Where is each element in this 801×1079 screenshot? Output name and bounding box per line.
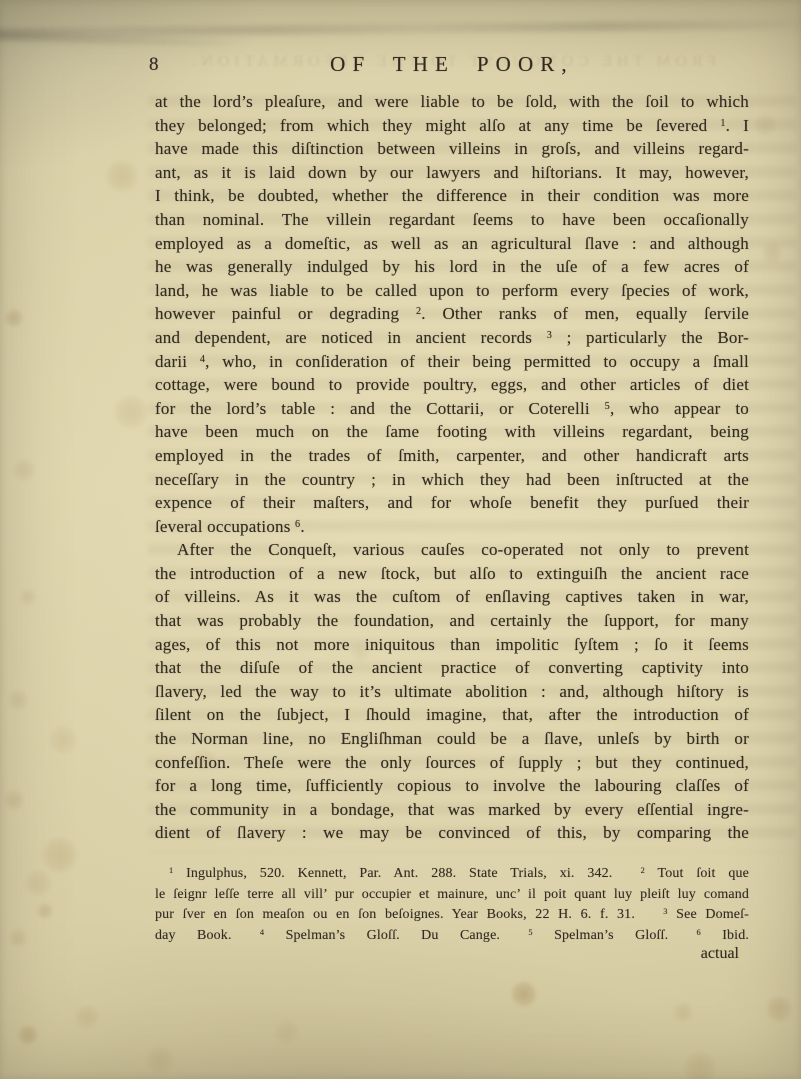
smudge-mark bbox=[0, 32, 252, 47]
foxing-spot bbox=[673, 1002, 693, 1022]
body-line: that the diſuſe of the ancient practice … bbox=[155, 656, 749, 680]
body-line: cottage, were bound to provide poultry, … bbox=[155, 373, 749, 397]
body-line: ſilent on the ſubject, I ſhould imagine,… bbox=[155, 703, 749, 727]
body-line: ſeveral occupations 6. bbox=[155, 515, 749, 539]
foxing-spot bbox=[114, 395, 148, 429]
body-line: I think, be doubted, whether the differe… bbox=[155, 184, 749, 208]
body-line: however painful or degrading 2. Other ra… bbox=[155, 302, 749, 326]
foxing-spot bbox=[9, 929, 27, 947]
body-line: they belonged; from which they might alſ… bbox=[155, 114, 749, 138]
foxing-spot bbox=[49, 726, 77, 754]
foxing-spot bbox=[766, 996, 792, 1022]
foxing-spot bbox=[511, 981, 537, 1007]
body-line: the Norman line, no Engliſhman could be … bbox=[155, 727, 749, 751]
footnote-line: 1 Ingulphus, 520. Kennett, Par. Ant. 288… bbox=[155, 864, 749, 885]
body-line: neceſſary in the country ; in which they… bbox=[155, 468, 749, 492]
body-line: After the Conqueſt, various cauſes co-op… bbox=[155, 538, 749, 562]
body-line: dient of ſlavery : we may be convinced o… bbox=[155, 821, 749, 845]
body-line: at the lord’s pleaſure, and were liable … bbox=[155, 90, 749, 114]
body-line: he was generally indulged by his lord in… bbox=[155, 255, 749, 279]
body-text: at the lord’s pleaſure, and were liable … bbox=[155, 90, 749, 845]
body-line: and dependent, are noticed in ancient re… bbox=[155, 326, 749, 350]
body-line: darii 4, who, in conſideration of their … bbox=[155, 350, 749, 374]
body-line: have made this diſtinction between ville… bbox=[155, 137, 749, 161]
footnote-line: day Book. 4 Spelman’s Gloſſ. Du Cange. 5… bbox=[155, 926, 749, 947]
footnote-line: pur ſver en ſon meaſon ou en ſon beſoign… bbox=[155, 905, 749, 926]
body-line: for a long time, ſufficiently copious to… bbox=[155, 774, 749, 798]
smudge-mark bbox=[0, 20, 801, 38]
body-line: employed as a domeſtic, as well as an ag… bbox=[155, 232, 749, 256]
foxing-spot bbox=[42, 837, 78, 873]
foxing-spot bbox=[8, 690, 28, 710]
running-head: 8 OF THE POOR, bbox=[155, 52, 749, 78]
foxing-spot bbox=[762, 243, 782, 263]
page-number: 8 bbox=[149, 54, 159, 76]
page-title: OF THE POOR, bbox=[155, 52, 749, 77]
foxing-spot bbox=[684, 1052, 716, 1079]
body-line: of villeins. As it was the cuſtom of enſ… bbox=[155, 585, 749, 609]
foxing-spot bbox=[13, 459, 35, 481]
body-line: land, he was liable to be called upon to… bbox=[155, 279, 749, 303]
body-line: for the lord’s table : and the Cottarii,… bbox=[155, 397, 749, 421]
book-page: FROM THE CONQUEST TO THE REFORMATION. 8 … bbox=[0, 0, 801, 1079]
foxing-spot bbox=[75, 1005, 99, 1029]
body-line: than nominal. The villein regardant ſeem… bbox=[155, 208, 749, 232]
footnotes: 1 Ingulphus, 520. Kennett, Par. Ant. 288… bbox=[155, 864, 749, 946]
foxing-spot bbox=[4, 790, 24, 810]
foxing-spot bbox=[275, 1020, 299, 1044]
foxing-spot bbox=[20, 589, 36, 605]
body-line: that was probably the foundation, and ce… bbox=[155, 609, 749, 633]
foxing-spot bbox=[146, 1046, 174, 1074]
body-line: expence of their maſters, and for whoſe … bbox=[155, 491, 749, 515]
foxing-spot bbox=[106, 160, 138, 192]
body-line: confeſſion. Theſe were the only ſources … bbox=[155, 751, 749, 775]
catchword: actual bbox=[155, 945, 749, 963]
foxing-spot bbox=[5, 309, 23, 327]
body-line: employed in the trades of ſmith, carpent… bbox=[155, 444, 749, 468]
body-line: ant, as it is laid down by our lawyers a… bbox=[155, 161, 749, 185]
foxing-spot bbox=[37, 903, 53, 919]
body-line: ages, of this not more iniquitous than i… bbox=[155, 633, 749, 657]
footnote-line: le ſeignr leſſe terre all vill’ pur occu… bbox=[155, 885, 749, 906]
body-line: ſlavery, led the way to it’s ultimate ab… bbox=[155, 680, 749, 704]
body-line: have been much on the ſame footing with … bbox=[155, 420, 749, 444]
foxing-spot bbox=[25, 870, 51, 896]
foxing-spot bbox=[754, 114, 776, 136]
body-line: the community in a bondage, that was mar… bbox=[155, 798, 749, 822]
foxing-spot bbox=[18, 1025, 38, 1045]
body-line: the introduction of a new ſtock, but alſ… bbox=[155, 562, 749, 586]
